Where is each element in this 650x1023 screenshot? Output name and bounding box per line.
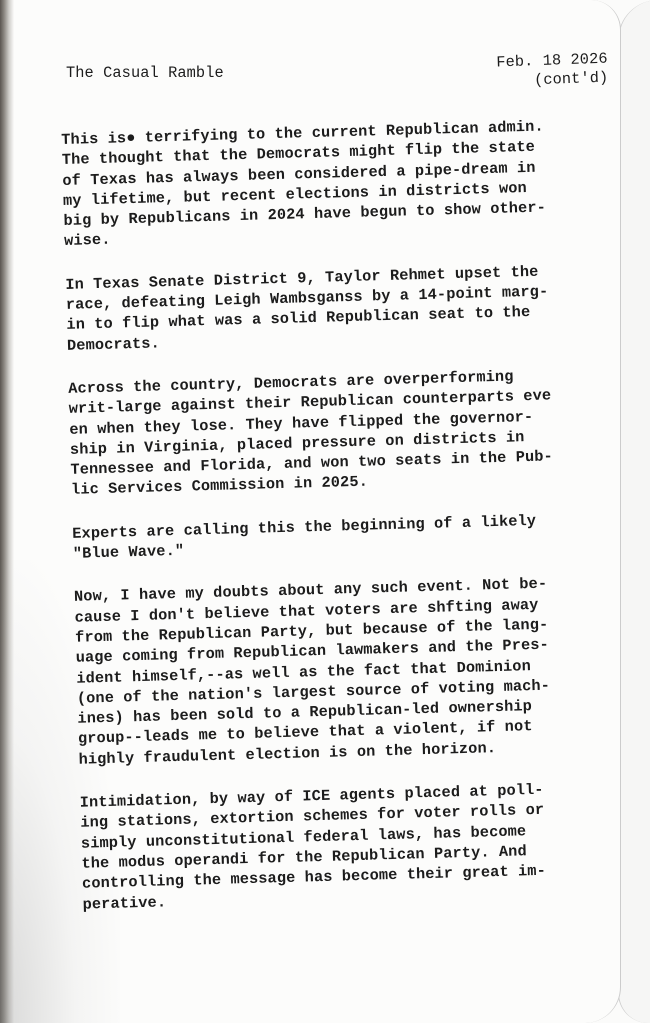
paragraph: In Texas Senate District 9, Taylor Rehme…: [65, 259, 617, 356]
header-date-block: Feb. 18 2026 (cont'd): [469, 50, 608, 93]
paragraph: Intimidation, by way of ICE agents place…: [80, 777, 633, 914]
paragraph: This is● terrifying to the current Repub…: [61, 115, 614, 252]
article-body: This is● terrifying to the current Repub…: [61, 115, 633, 938]
paragraph: Now, I have my doubts about any such eve…: [74, 572, 629, 770]
typewritten-page: The Casual Ramble Feb. 18 2026 (cont'd) …: [0, 0, 650, 1023]
newsletter-title: The Casual Ramble: [66, 64, 224, 82]
paragraph: Across the country, Democrats are overpe…: [68, 364, 621, 501]
paragraph: Experts are calling this the beginning o…: [72, 508, 623, 564]
